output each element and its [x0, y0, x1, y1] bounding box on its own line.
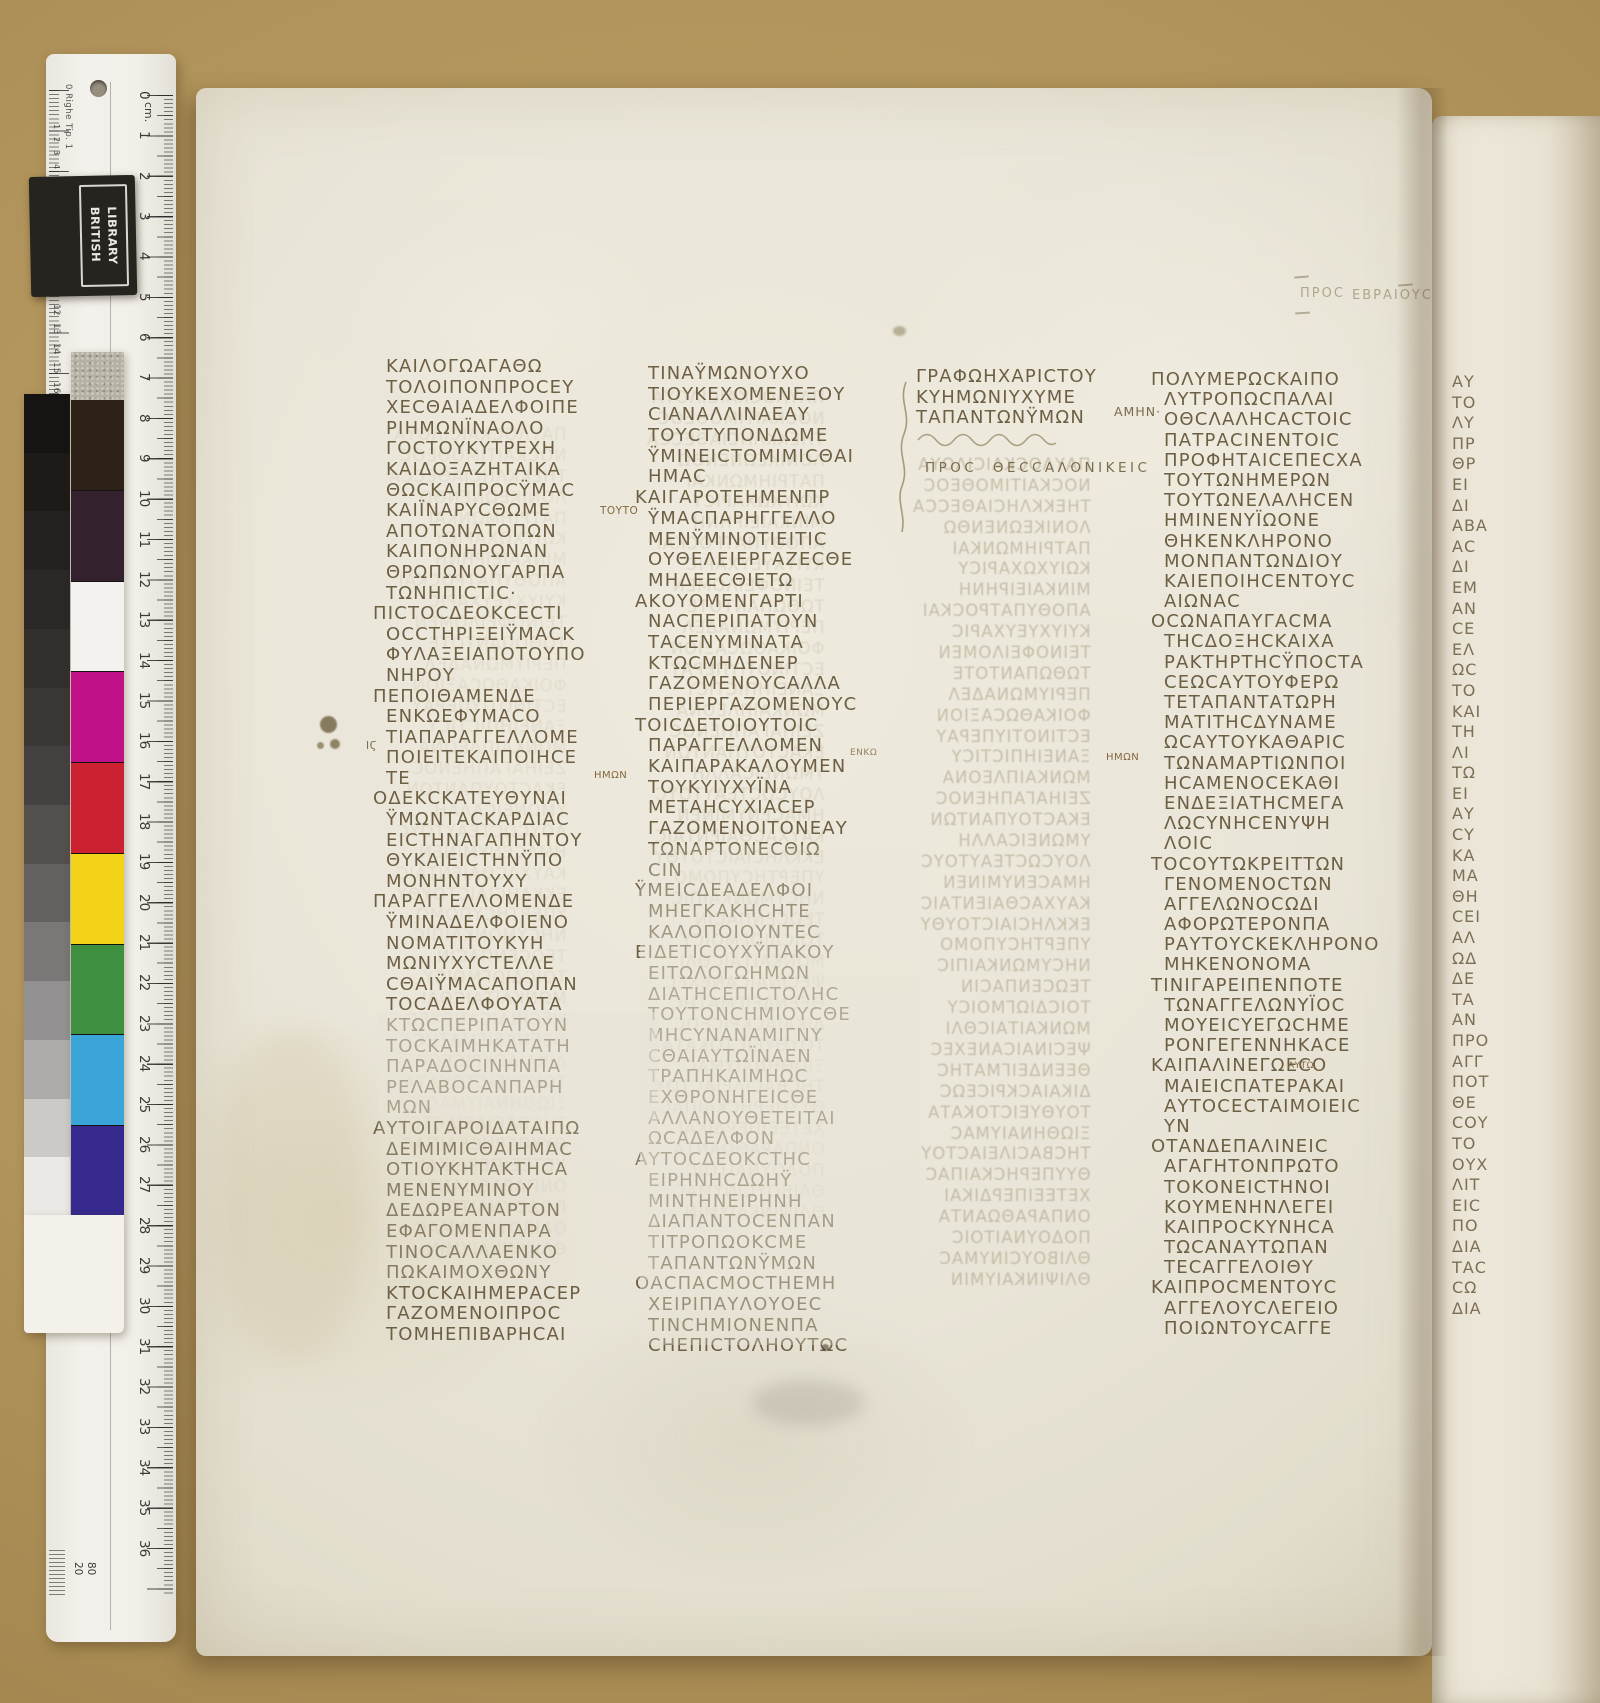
- ruler-hole: [90, 80, 107, 97]
- fragment-line: ΔΕ: [1452, 969, 1489, 990]
- text-column-2: ΤΙΝΑΫΜΩΝΟΥΧΟΤΙΟΥΚΕΧΟΜΕΝΕΞΟΥϹΙΑΝΑΛΛΙΝΑΕΑΥ…: [648, 364, 910, 1357]
- grayscale-calibration-strip: [24, 394, 70, 1216]
- gray-step: [24, 981, 70, 1040]
- fragment-line: ΤΩ: [1452, 763, 1489, 784]
- ruler-number: 4: [52, 164, 61, 177]
- ruler-number: 20: [122, 882, 152, 922]
- color-patch: [71, 582, 124, 673]
- color-patch: [71, 1126, 124, 1216]
- fragment-line: ΛΙ: [1452, 743, 1489, 764]
- manuscript-line: ΠΑΤΡΑϹΙΝΕΝΤΟΙϹ: [1164, 431, 1426, 451]
- manuscript-line: ΜΩΝΙΥΧΥϹΤΕΛΛΕ: [386, 954, 648, 975]
- manuscript-line: ΔΙΑΤΗϹΕΠΙϹΤΟΛΗϹ: [648, 985, 910, 1006]
- manuscript-line: ΛΩϹΥΝΗϹΕΝΥΨΗ: [1164, 814, 1426, 834]
- manuscript-line: ΫΜΕΙϹΔΕΑΔΕΛΦΟΙ: [635, 881, 910, 902]
- gray-step: [24, 864, 70, 923]
- manuscript-line: ΓΟϹΤΟΥΚΥΤΡΕΧΗ: [386, 439, 648, 460]
- ruler-number: 11: [122, 519, 152, 559]
- manuscript-line: ΘΥΚΑΙΕΙϹΤΗΝΫΠΟ: [386, 851, 648, 872]
- ruler-number: 20: [72, 1562, 84, 1575]
- ruler-number: 25: [122, 1084, 152, 1124]
- manuscript-line: ΓΡΑΦΩΗΧΑΡΙϹΤΟΥ: [916, 367, 1178, 388]
- gray-step: [24, 688, 70, 747]
- manuscript-line: ΡΟΝΓΕΓΕΝΝΗΚΑϹΕ: [1164, 1036, 1426, 1056]
- ruler-number: 22: [122, 963, 152, 1003]
- manuscript-line: ΝΟΜΑΤΙΤΟΥΚΥΗ: [386, 934, 648, 955]
- manuscript-line: ΤΟΥΤΟΝϹΗΜΙΟΥϹΘΕ: [648, 1005, 910, 1026]
- fragment-line: ΕΙ: [1452, 475, 1489, 496]
- manuscript-line: ΜΗΕΓΚΑΚΗϹΗΤΕ: [648, 902, 910, 923]
- ruler-left-numbers-top: 1234: [52, 124, 61, 177]
- manuscript-line: ΑΙΩΝΑϹ: [1164, 592, 1426, 612]
- manuscript-line: ΡΙΗΜΩΝΪΝΑΟΛΟ: [386, 419, 648, 440]
- gray-step: [24, 629, 70, 688]
- gray-step: [24, 1157, 70, 1216]
- manuscript-line: ϹΙΝ: [648, 861, 910, 882]
- ruler-number: 12: [122, 559, 152, 599]
- color-patch: [71, 1035, 124, 1126]
- fragment-line: ΠΡΟ: [1452, 1031, 1489, 1052]
- fragment-line: ΔΙΑ: [1452, 1299, 1489, 1320]
- manuscript-line: ΟΑϹΠΑϹΜΟϹΤΗΕΜΗ: [635, 1274, 910, 1295]
- manuscript-line: ΑΓΑΓΗΤΟΝΠΡΩΤΟ: [1164, 1157, 1426, 1177]
- fragment-line: ΤΟ: [1452, 1134, 1489, 1155]
- manuscript-line: ΔΙΑΠΑΝΤΟϹΕΝΠΑΝ: [648, 1212, 910, 1233]
- manuscript-line: ΚΤΩϹΠΕΡΙΠΑΤΟΥΝ: [386, 1016, 648, 1037]
- manuscript-line: ΤΑϹΕΝΥΜΙΝΑΤΑ: [648, 633, 910, 654]
- manuscript-line: ΜΟΥΕΙϹΥΕΓΩϹΗΜΕ: [1164, 1016, 1426, 1036]
- fragment-line: ΤΟ: [1452, 681, 1489, 702]
- fragment-line: ϹΩ: [1452, 1278, 1489, 1299]
- manuscript-line: ΟΔΕΚϹΚΑΤΕΥΘΥΝΑΙ: [373, 789, 648, 810]
- fragment-line: ΕΜ: [1452, 578, 1489, 599]
- ruler-number: 3: [52, 150, 61, 163]
- manuscript-line: ΤΩΝΑΡΤΟΝΕϹΘΙΩ: [648, 840, 910, 861]
- ruler-number: 1: [122, 115, 152, 155]
- fragment-line: ΠΟ: [1452, 1216, 1489, 1237]
- manuscript-line: ΡΑΚΤΗΡΤΗϹΫΠΟϹΤΑ: [1164, 653, 1426, 673]
- ruler-number: 29: [122, 1245, 152, 1285]
- manuscript-line: ΤΙΝΙΓΑΡΕΙΠΕΝΠΟΤΕ: [1151, 976, 1426, 996]
- fragment-line: ΑϹ: [1452, 537, 1489, 558]
- gray-step: [24, 394, 70, 453]
- color-patch: [71, 491, 124, 582]
- ruler-number: 12: [51, 304, 61, 323]
- ruler-number: 17: [122, 761, 152, 801]
- manuscript-line: ΜΗΚΕΝΟΝΟΜΑ: [1164, 955, 1426, 975]
- manuscript-line: ΤΩΝΑΓΓΕΛΩΝΥΪΟϹ: [1164, 996, 1426, 1016]
- ruler-number: 7: [122, 358, 152, 398]
- fragment-line: ΑΓΓ: [1452, 1052, 1489, 1073]
- gray-step: [24, 746, 70, 805]
- manuscript-line: ΓΑΖΟΜΕΝΟΙΠΡΟϹ: [386, 1304, 648, 1325]
- fragment-line: ΑΛ: [1452, 928, 1489, 949]
- manuscript-line: ΚΑΙΠΑΡΑΚΑΛΟΥΜΕΝ: [648, 757, 910, 778]
- running-header-left: ΠΡΟϹ: [1300, 286, 1345, 301]
- manuscript-line: ΚΑΛΟΠΟΙΟΥΝΤΕϹ: [648, 923, 910, 944]
- fragment-line: ΕΛ: [1452, 640, 1489, 661]
- manuscript-line: ΑΚΟΥΟΜΕΝΓΑΡΤΙ: [635, 592, 910, 613]
- manuscript-line: ΧΕϹΘΑΙΑΔΕΛΦΟΙΠΕ: [386, 398, 648, 419]
- marginal-correction-touto: ΤΟΥΤΟ: [600, 505, 638, 517]
- ruler-number: 19: [122, 842, 152, 882]
- manuscript-line: ΤΟϹΟΥΤΩΚΡΕΙΤΤΩΝ: [1151, 855, 1426, 875]
- manuscript-line: ϹΘΑΙΫΜΑϹΑΠΟΠΑΝ: [386, 975, 648, 996]
- manuscript-line: ΤΟΥΤΩΝΕΛΑΛΗϹΕΝ: [1164, 491, 1426, 511]
- ruler-number: 32: [122, 1367, 152, 1407]
- ruler-number: 80: [85, 1562, 97, 1575]
- metallic-patch: [71, 352, 124, 400]
- color-patch: [71, 763, 124, 854]
- fragment-line: ΛΥ: [1452, 413, 1489, 434]
- manuscript-line: ΤΟΜΗΕΠΙΒΑΡΗϹΑΙ: [386, 1325, 648, 1346]
- manuscript-line: ΜΟΝΗΝΤΟΥΧΥ: [386, 872, 648, 893]
- color-patches: [71, 400, 124, 1216]
- manuscript-line: ΠΟΛΥΜΕΡΩϹΚΑΙΠΟ: [1151, 370, 1426, 390]
- ruler-number: 16: [122, 721, 152, 761]
- amen-note: ΑΜΗΝ·: [1114, 404, 1161, 419]
- marginal-correction-enko: ΕΝΚΩ: [850, 748, 877, 758]
- british-library-logo: BRITISHLIBRARY: [79, 184, 129, 287]
- manuscript-line: ΟϹΩΝΑΠΑΥΓΑϹΜΑ: [1151, 612, 1426, 632]
- manuscript-line: ΜΟΝΠΑΝΤΩΝΔΙΟΥ: [1164, 552, 1426, 572]
- fragment-line: ΩϹ: [1452, 660, 1489, 681]
- brand-word: LIBRARY: [105, 206, 120, 264]
- manuscript-line: ΤΑΠΑΝΤΩΝΫΜΩΝ: [648, 1254, 910, 1275]
- manuscript-line: ΘΩϹΚΑΙΠΡΟϹΫΜΑϹ: [386, 481, 648, 502]
- manuscript-line: ΕΙΔΕΤΙϹΟΥΧΫΠΑΚΟΥ: [635, 943, 910, 964]
- manuscript-line: ΚΑΙΠΟΝΗΡΩΝΑΝ: [386, 542, 648, 563]
- manuscript-line: ΕΧΘΡΟΝΗΓΕΙϹΘΕ: [648, 1088, 910, 1109]
- manuscript-line: ΗϹΑΜΕΝΟϹΕΚΑΘΙ: [1164, 774, 1426, 794]
- manuscript-line: ΓΑΖΟΜΕΝΟΥϹΑΛΛΑ: [648, 674, 910, 695]
- manuscript-line: ΤΙΝΑΫΜΩΝΟΥΧΟ: [648, 364, 910, 385]
- manuscript-line: ΟΤΙΟΥΚΗΤΑΚΤΗϹΑ: [386, 1160, 648, 1181]
- text-column-3: ΓΡΑΦΩΗΧΑΡΙϹΤΟΥΚΥΗΜΩΝΙΥΧΥΜΕΤΑΠΑΝΤΩΝΫΜΩΝ: [916, 367, 1178, 429]
- manuscript-line: ΝΗΡΟΥ: [386, 666, 648, 687]
- manuscript-line: ΠΡΟΦΗΤΑΙϹΕΠΕϹΧΑ: [1164, 451, 1426, 471]
- ruler-number: 36: [122, 1528, 152, 1568]
- ruler-number: 6: [122, 317, 152, 357]
- fragment-line: ΔΙ: [1452, 496, 1489, 517]
- manuscript-line: ΑΥΤΟϹΕϹΤΑΙΜΟΙΕΙϹ: [1164, 1097, 1426, 1117]
- ruler-number: 28: [122, 1205, 152, 1245]
- running-header-right: ΕΒΡΑΙΟΥϹ: [1352, 288, 1433, 303]
- ruler-number: 21: [122, 923, 152, 963]
- manuscript-line: ΚΑΙΠΡΟϹΚΥΝΗϹΑ: [1164, 1218, 1426, 1238]
- manuscript-line: ΑΥΤΟΙΓΑΡΟΙΔΑΤΑΙΠΩ: [373, 1119, 648, 1140]
- calibration-card-backing: [24, 1215, 124, 1333]
- manuscript-line: ΤΟΚΟΝΕΙϹΤΗΝΟΙ: [1164, 1178, 1426, 1198]
- gray-step: [24, 453, 70, 512]
- text-column-4: ΠΟΛΥΜΕΡΩϹΚΑΙΠΟΛΥΤΡΟΠΩϹΠΑΛΑΙΟΘϹΛΑΛΗϹΑϹΤΟΙ…: [1164, 370, 1426, 1339]
- fragment-line: ΤΑϹ: [1452, 1258, 1489, 1279]
- manuscript-line: ΚΟΥΜΕΝΗΝΛΕΓΕΙ: [1164, 1198, 1426, 1218]
- fragment-line: ΠΡ: [1452, 434, 1489, 455]
- fragment-line: ΜΑ: [1452, 866, 1489, 887]
- gray-step: [24, 1040, 70, 1099]
- manuscript-line: ΠΕΡΙΕΡΓΑΖΟΜΕΝΟΥϹ: [648, 695, 910, 716]
- manuscript-line: ΤΟΥΚΥΙΥΧΥΪΝΑ: [648, 778, 910, 799]
- fragment-line: ϹΕΙ: [1452, 907, 1489, 928]
- manuscript-line: ΤΙΑΠΑΡΑΓΓΕΛΛΟΜΕ: [386, 728, 648, 749]
- british-library-logo-text: BRITISHLIBRARY: [88, 206, 120, 265]
- manuscript-line: ΤΟΥϹΤΥΠΟΝΔΩΜΕ: [648, 426, 910, 447]
- manuscript-line: ΟΥΘΕΛΕΙΕΡΓΑΖΕϹΘΕ: [648, 550, 910, 571]
- manuscript-line: ΡΑΥΤΟΥϹΚΕΚΛΗΡΟΝΟ: [1164, 935, 1426, 955]
- ruler-number: 26: [122, 1124, 152, 1164]
- manuscript-line: ΤΟΛΟΙΠΟΝΠΡΟϹΕΥ: [386, 378, 648, 399]
- color-patch: [71, 672, 124, 763]
- manuscript-line: ΚΑΙΛΟΓΩΑΓΑΘΩ: [386, 357, 648, 378]
- manuscript-line: ϹΘΑΙΑΥΤΩΪΝΑΕΝ: [648, 1047, 910, 1068]
- ruler-cm-numbers: 0123456789101112131415161718192021222324…: [122, 75, 152, 1568]
- manuscript-line: ΩϹΑΔΕΛΦΟΝ: [648, 1129, 910, 1150]
- manuscript-line: ΜΑΤΙΤΗϹΔΥΝΑΜΕ: [1164, 713, 1426, 733]
- next-folio-text-fragments: ΑΥΤΟΛΥΠΡΘΡΕΙΔΙΑΒΑΑϹΔΙΕΜΑΝϹΕΕΛΩϹΤΟΚΑΙΤΗΛΙ…: [1452, 372, 1489, 1319]
- fragment-line: ΤΟ: [1452, 393, 1489, 414]
- manuscript-line: ΤΙΤΡΟΠΩΟΚϹΜΕ: [648, 1233, 910, 1254]
- manuscript-line: ΜΕΝΕΝΥΜΙΝΟΥ: [386, 1181, 648, 1202]
- manuscript-line: ΗΜΙΝΕΝΥΪΩΟΝΕ: [1164, 511, 1426, 531]
- fragment-line: ΘΕ: [1452, 1093, 1489, 1114]
- ruler-number: 15: [122, 680, 152, 720]
- fragment-line: ΟΥΧ: [1452, 1155, 1489, 1176]
- manuscript-line: ΔΕΙΜΙΜΙϹΘΑΙΗΜΑϹ: [386, 1140, 648, 1161]
- manuscript-line: ΩϹΑΥΤΟΥΚΑΘΑΡΙϹ: [1164, 733, 1426, 753]
- ruler-number: 33: [122, 1407, 152, 1447]
- manuscript-line: ΤΙΝϹΗΜΙΟΝΕΝΠΑ: [648, 1316, 910, 1337]
- ruler-left-numbers-mid: 1213141516: [51, 304, 61, 401]
- manuscript-line: ΛΥΤΡΟΠΩϹΠΑΛΑΙ: [1164, 390, 1426, 410]
- fragment-line: ΚΑ: [1452, 846, 1489, 867]
- gray-step: [24, 570, 70, 629]
- ruler-number: 2: [52, 137, 61, 150]
- manuscript-line: ΓΕΝΟΜΕΝΟϹΤΩΝ: [1164, 875, 1426, 895]
- section-number-marginal: ΙϚ: [366, 740, 377, 752]
- manuscript-line: ΜΕΝΫΜΙΝΟΤΙΕΙΤΙϹ: [648, 530, 910, 551]
- ruler-number: 18: [122, 801, 152, 841]
- manuscript-line: ΕΦΑΓΟΜΕΝΠΑΡΑ: [386, 1222, 648, 1243]
- fragment-line: ΤΗ: [1452, 722, 1489, 743]
- british-library-tab: BRITISHLIBRARY: [29, 175, 137, 297]
- ruler-number: 13: [51, 323, 61, 342]
- manuscript-line: ΫΜΙΝΕΙϹΤΟΜΙΜΙϹΘΑΙ: [648, 447, 910, 468]
- gray-step: [24, 511, 70, 570]
- manuscript-line: ΕΝΔΕΞΙΑΤΗϹΜΕΓΑ: [1164, 794, 1426, 814]
- fragment-line: ϹΥ: [1452, 825, 1489, 846]
- manuscript-line: ΤΙΝΟϹΑΛΛΑΕΝΚΟ: [386, 1243, 648, 1264]
- subscription-title: ΠΡΟϹ ΘΕϹϹΑΛΟΝΙΚΕΙϹ: [925, 460, 1150, 476]
- manuscript-line: ΫΜΙΝΑΔΕΛΦΟΙΕΝΟ: [386, 913, 648, 934]
- manuscript-line: ΑΠΟΤΩΝΑΤΟΠΩΝ: [386, 522, 648, 543]
- manuscript-line: ΠΩΚΑΙΜΟΧΘΩΝΥ: [386, 1263, 648, 1284]
- fragment-line: ΘΡ: [1452, 454, 1489, 475]
- manuscript-line: ϹΙΑΝΑΛΛΙΝΑΕΑΥ: [648, 405, 910, 426]
- manuscript-line: ΫΜΩΝΤΑϹΚΑΡΔΙΑϹ: [386, 810, 648, 831]
- manuscript-line: ΕΙΤΩΛΟΓΩΗΜΩΝ: [648, 964, 910, 985]
- fragment-line: ϹΕ: [1452, 619, 1489, 640]
- ruler-number: 0: [122, 75, 152, 115]
- fragment-line: ΠΟΤ: [1452, 1072, 1489, 1093]
- manuscript-line: ΠΕΠΟΙΘΑΜΕΝΔΕ: [373, 687, 648, 708]
- manuscript-line: ΑΥΤΟϹΔΕΟΚϹΤΗϹ: [635, 1150, 910, 1171]
- color-calibration-strip: [71, 352, 124, 1216]
- color-patch: [71, 400, 124, 491]
- manuscript-line: ΤΩΝΑΜΑΡΤΙΩΝΠΟΙ: [1164, 754, 1426, 774]
- ruler-number: 1: [52, 124, 61, 137]
- manuscript-line: ΜΗΔΕΕϹΘΙΕΤΩ: [648, 571, 910, 592]
- fragment-line: ϹΟΥ: [1452, 1113, 1489, 1134]
- fragment-line: ΕΙϹ: [1452, 1196, 1489, 1217]
- fragment-line: ΔΙ: [1452, 557, 1489, 578]
- ruler-number: 13: [122, 600, 152, 640]
- ruler-number: 10: [122, 479, 152, 519]
- manuscript-line: ΤΗϹΔΟΞΗϹΚΑΙΧΑ: [1164, 632, 1426, 652]
- manuscript-line: ΤΡΑΠΗΚΑΙΜΗΩϹ: [648, 1067, 910, 1088]
- manuscript-line: ΥΝ: [1164, 1117, 1426, 1137]
- manuscript-line: ΤΩΝΗΠΙϹΤΙϹ·: [386, 584, 648, 605]
- supralinear-correction-auto: ΑΥΤΩ: [1288, 1061, 1314, 1071]
- marginal-correction-hemon-col4: ΗΜΩΝ: [1106, 752, 1139, 763]
- ruler-number: 27: [122, 1165, 152, 1205]
- manuscript-line: ΑΓΓΕΛΟΥϹΛΕΓΕΙΟ: [1164, 1299, 1426, 1319]
- ruler-bottom-ticks: [49, 1550, 65, 1596]
- manuscript-line: ΧΕΙΡΙΠΑΥΛΟΥΟΕϹ: [648, 1295, 910, 1316]
- manuscript-line: ΚΑΙΔΟΞΑΖΗΤΑΙΚΑ: [386, 460, 648, 481]
- manuscript-photo: ΠΑΥΛΟϹΚΑΙϹΙΛΟΥΑΝΟϹΚΑΙΤΙΜΟΘΕΟϹΤΗΕΚΚΛΗϹΙΑΘ…: [0, 0, 1600, 1703]
- fragment-line: ΑΒΑ: [1452, 516, 1489, 537]
- manuscript-line: ϹΗΕΠΙϹΤΟΛΗΟΥΤΩϹ: [648, 1336, 910, 1357]
- manuscript-line: ΛΟΙϹ: [1164, 834, 1426, 854]
- ruler-number: 30: [122, 1286, 152, 1326]
- fragment-line: ΑΝ: [1452, 1010, 1489, 1031]
- fragment-line: ΛΙΤ: [1452, 1175, 1489, 1196]
- manuscript-line: ΠΙϹΤΟϹΔΕΟΚϹΕϹΤΙ: [373, 604, 648, 625]
- manuscript-line: ΜΑΙΕΙϹΠΑΤΕΡΑΚΑΙ: [1164, 1077, 1426, 1097]
- ruler-number: 34: [122, 1447, 152, 1487]
- manuscript-line: ϹΕΩϹΑΥΤΟΥΦΕΡΩ: [1164, 673, 1426, 693]
- ruler-number: 35: [122, 1488, 152, 1528]
- manuscript-line: ΘΗΚΕΝΚΛΗΡΟΝΟ: [1164, 532, 1426, 552]
- manuscript-line: ΕΙϹΤΗΝΑΓΑΠΗΝΤΟΥ: [386, 831, 648, 852]
- manuscript-line: ΜΩΝ: [386, 1098, 648, 1119]
- manuscript-line: ΤΟΥΤΩΝΗΜΕΡΩΝ: [1164, 471, 1426, 491]
- manuscript-line: ΜΗϹΥΝΑΝΑΜΙΓΝΥ: [648, 1026, 910, 1047]
- ruler-number: 8: [122, 398, 152, 438]
- manuscript-line: ΑΛΛΑΝΟΥΘΕΤΕΙΤΑΙ: [648, 1109, 910, 1130]
- fragment-line: ΕΙ: [1452, 784, 1489, 805]
- manuscript-line: ΓΑΖΟΜΕΝΟΙΤΟΝΕΑΥ: [648, 819, 910, 840]
- manuscript-line: ΚΤΩϹΜΗΔΕΝΕΡ: [648, 654, 910, 675]
- manuscript-line: ΠΑΡΑΔΟϹΙΝΗΝΠΑ: [386, 1057, 648, 1078]
- manuscript-line: ΝΑϹΠΕΡΙΠΑΤΟΥΝ: [648, 612, 910, 633]
- manuscript-line: ΦΥΛΑΞΕΙΑΠΟΤΟΥΠΟ: [386, 645, 648, 666]
- manuscript-line: ΠΑΡΑΓΓΕΛΛΟΜΕΝΔΕ: [373, 892, 648, 913]
- ruler-number: 23: [122, 1003, 152, 1043]
- manuscript-line: ΗΜΑϹ: [648, 467, 910, 488]
- fragment-line: ΑΝ: [1452, 599, 1489, 620]
- manuscript-line: ΜΕΤΑΗϹΥΧΙΑϹΕΡ: [648, 798, 910, 819]
- fragment-line: ΚΑΙ: [1452, 702, 1489, 723]
- manuscript-line: ΑΦΟΡΩΤΕΡΟΝΠΑ: [1164, 915, 1426, 935]
- manuscript-line: ΚΑΙΕΠΟΙΗϹΕΝΤΟΥϹ: [1164, 572, 1426, 592]
- marginal-correction-hemon-col2: ΗΜΩΝ: [594, 770, 627, 781]
- manuscript-line: ΤΩϹΑΝΑΥΤΩΠΑΝ: [1164, 1238, 1426, 1258]
- manuscript-line: ΚΑΙΓΑΡΟΤΕΗΜΕΝΠΡ: [635, 488, 910, 509]
- brand-word: BRITISH: [88, 207, 103, 265]
- manuscript-line: ΫΜΑϹΠΑΡΗΓΓΕΛΛΟ: [648, 509, 910, 530]
- fragment-line: ΑΥ: [1452, 372, 1489, 393]
- color-patch: [71, 854, 124, 945]
- ruler-number: 15: [51, 362, 61, 381]
- manuscript-line: ΔΕΔΩΡΕΑΝΑΡΤΟΝ: [386, 1201, 648, 1222]
- color-patch: [71, 945, 124, 1036]
- gray-step: [24, 1099, 70, 1158]
- manuscript-line: ΕΝΚΩΕΦΥΜΑϹΟ: [386, 707, 648, 728]
- manuscript-line: ΚΑΙΠΡΟϹΜΕΝΤΟΥϹ: [1151, 1278, 1426, 1298]
- manuscript-line: ΠΟΙΩΝΤΟΥϹΑΓΓΕ: [1164, 1319, 1426, 1339]
- manuscript-line: ΠΟΙΕΙΤΕΚΑΙΠΟΙΗϹΕ: [386, 748, 648, 769]
- manuscript-line: ΡΕΛΑΒΟϹΑΝΠΑΡΗ: [386, 1078, 648, 1099]
- ruler-number: 24: [122, 1044, 152, 1084]
- ruler-number: 9: [122, 438, 152, 478]
- manuscript-line: ΤΟϹΑΔΕΛΦΟΥΑΤΑ: [386, 995, 648, 1016]
- manuscript-line: ΤΟΙϹΔΕΤΟΙΟΥΤΟΙϹ: [635, 716, 910, 737]
- manuscript-line: ΟΘϹΛΑΛΗϹΑϹΤΟΙϹ: [1164, 410, 1426, 430]
- gray-step: [24, 922, 70, 981]
- manuscript-line: ΤΕϹΑΓΓΕΛΟΙΘΥ: [1164, 1258, 1426, 1278]
- manuscript-line: ΟΤΑΝΔΕΠΑΛΙΝΕΙϹ: [1151, 1137, 1426, 1157]
- manuscript-line: ΜΙΝΤΗΝΕΙΡΗΝΗ: [648, 1192, 910, 1213]
- gray-step: [24, 805, 70, 864]
- manuscript-line: ΑΓΓΕΛΩΝΟϹΩΔΙ: [1164, 895, 1426, 915]
- manuscript-line: ΟϹϹΤΗΡΙΞΕΙΫΜΑϹΚ: [386, 625, 648, 646]
- fragment-line: ΤΑ: [1452, 990, 1489, 1011]
- manuscript-line: ΤΕΤΑΠΑΝΤΑΤΩΡΗ: [1164, 693, 1426, 713]
- manuscript-line: ΘΡΩΠΩΝΟΥΓΑΡΠΑ: [386, 563, 648, 584]
- manuscript-line: ΤΟϹΚΑΙΜΗΚΑΤΑΤΗ: [386, 1037, 648, 1058]
- ruler-number: 31: [122, 1326, 152, 1366]
- manuscript-line: ΤΙΟΥΚΕΧΟΜΕΝΕΞΟΥ: [648, 385, 910, 406]
- fragment-line: ΩΔ: [1452, 949, 1489, 970]
- ruler-number: 14: [51, 343, 61, 362]
- ruler-bottom-numbers: 2080: [72, 1562, 97, 1575]
- manuscript-line: ΕΙΡΗΝΗϹΔΩΗΫ: [648, 1171, 910, 1192]
- manuscript-line: ΚΤΟϹΚΑΙΗΜΕΡΑϹΕΡ: [386, 1284, 648, 1305]
- ruler-model-label: 0 Righe Tip. 1: [63, 84, 73, 150]
- fragment-line: ΘΗ: [1452, 887, 1489, 908]
- fragment-line: ΑΥ: [1452, 804, 1489, 825]
- fragment-line: ΔΙΑ: [1452, 1237, 1489, 1258]
- ruler-number: 14: [122, 640, 152, 680]
